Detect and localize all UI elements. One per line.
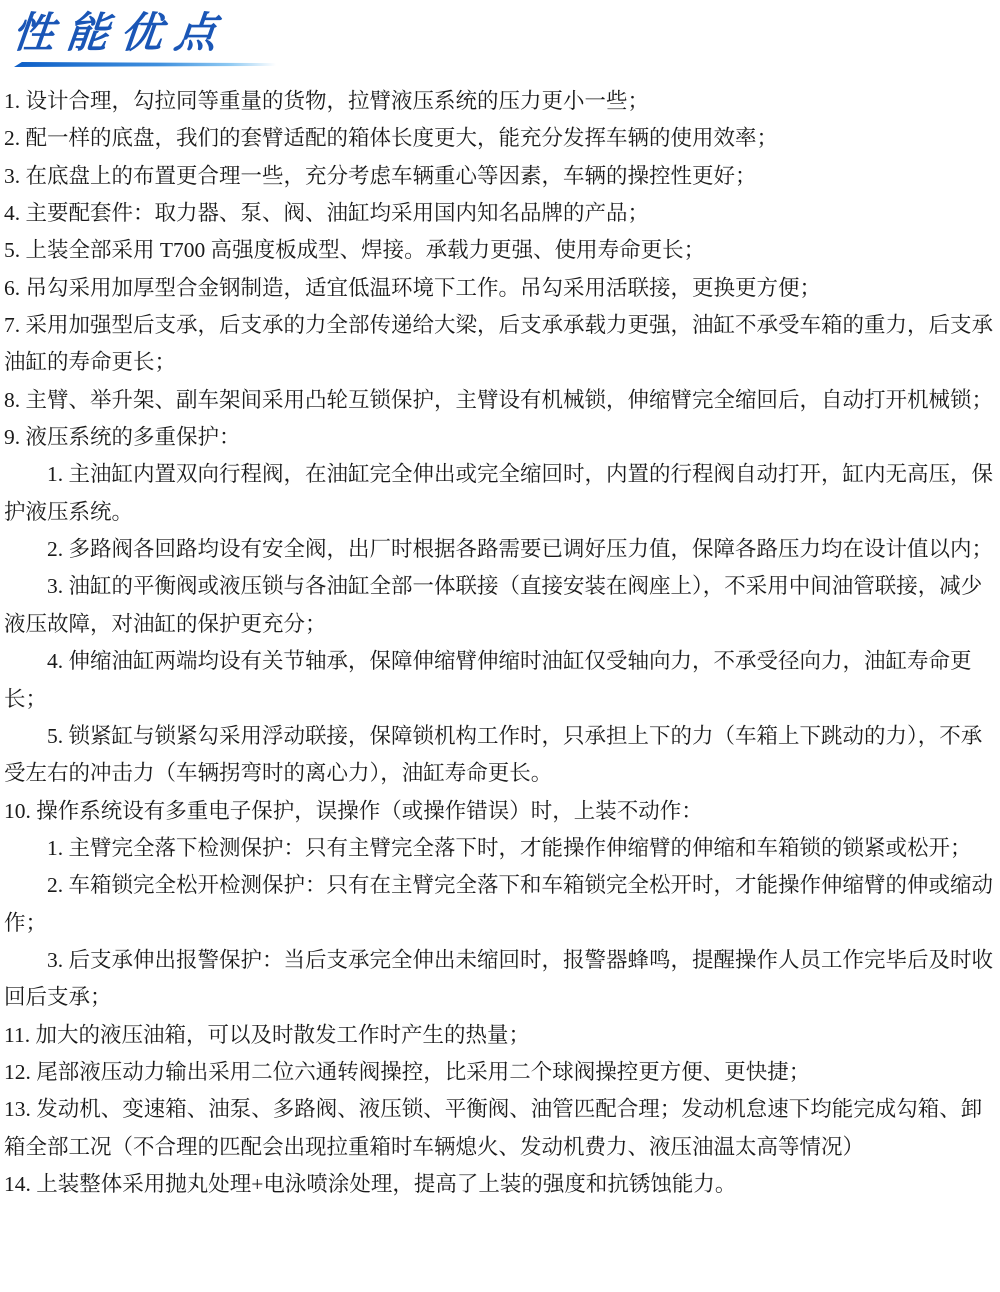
document-header: 性能优点 [10,10,994,67]
sub-list-item: 2. 车箱锁完全松开检测保护：只有在主臂完全落下和车箱锁完全松开时，才能操作伸缩… [4,867,994,942]
performance-advantages-document: 性能优点 1. 设计合理，勾拉同等重量的货物，拉臂液压系统的压力更小一些； 2.… [0,0,1000,1292]
sub-list-item: 5. 锁紧缸与锁紧勾采用浮动联接，保障锁机构工作时，只承担上下的力（车箱上下跳动… [4,718,994,793]
list-item: 1. 设计合理，勾拉同等重量的货物，拉臂液压系统的压力更小一些； [4,83,994,120]
advantages-list: 1. 设计合理，勾拉同等重量的货物，拉臂液压系统的压力更小一些； 2. 配一样的… [4,83,994,1203]
list-item: 10. 操作系统设有多重电子保护，误操作（或操作错误）时，上装不动作： [4,793,994,830]
list-item: 6. 吊勾采用加厚型合金钢制造，适宜低温环境下工作。吊勾采用活联接，更换更方便； [4,270,994,307]
title-underline-decoration [14,62,276,67]
sub-list-item: 1. 主臂完全落下检测保护：只有主臂完全落下时，才能操作伸缩臂的伸缩和车箱锁的锁… [4,830,994,867]
list-item: 13. 发动机、变速箱、油泵、多路阀、液压锁、平衡阀、油管匹配合理；发动机怠速下… [4,1091,994,1166]
list-item: 5. 上装全部采用 T700 高强度板成型、焊接。承载力更强、使用寿命更长； [4,232,994,269]
sub-list-item: 2. 多路阀各回路均设有安全阀，出厂时根据各路需要已调好压力值，保障各路压力均在… [4,531,994,568]
list-item: 9. 液压系统的多重保护： [4,419,994,456]
list-item: 7. 采用加强型后支承，后支承的力全部传递给大梁，后支承承载力更强，油缸不承受车… [4,307,994,382]
page-title: 性能优点 [10,10,231,56]
sub-list-item: 3. 后支承伸出报警保护：当后支承完全伸出未缩回时，报警器蜂鸣，提醒操作人员工作… [4,942,994,1017]
list-item: 2. 配一样的底盘，我们的套臂适配的箱体长度更大，能充分发挥车辆的使用效率； [4,120,994,157]
list-item: 3. 在底盘上的布置更合理一些，充分考虑车辆重心等因素，车辆的操控性更好； [4,158,994,195]
list-item: 4. 主要配套件：取力器、泵、阀、油缸均采用国内知名品牌的产品； [4,195,994,232]
sub-list-item: 1. 主油缸内置双向行程阀，在油缸完全伸出或完全缩回时，内置的行程阀自动打开，缸… [4,456,994,531]
list-item: 14. 上装整体采用抛丸处理+电泳喷涂处理，提高了上装的强度和抗锈蚀能力。 [4,1166,994,1203]
sub-list-item: 3. 油缸的平衡阀或液压锁与各油缸全部一体联接（直接安装在阀座上），不采用中间油… [4,568,994,643]
list-item: 8. 主臂、举升架、副车架间采用凸轮互锁保护，主臂设有机械锁，伸缩臂完全缩回后，… [4,382,994,419]
sub-list-item: 4. 伸缩油缸两端均设有关节轴承，保障伸缩臂伸缩时油缸仅受轴向力，不承受径向力，… [4,643,994,718]
list-item: 12. 尾部液压动力输出采用二位六通转阀操控，比采用二个球阀操控更方便、更快捷； [4,1054,994,1091]
list-item: 11. 加大的液压油箱，可以及时散发工作时产生的热量； [4,1017,994,1054]
